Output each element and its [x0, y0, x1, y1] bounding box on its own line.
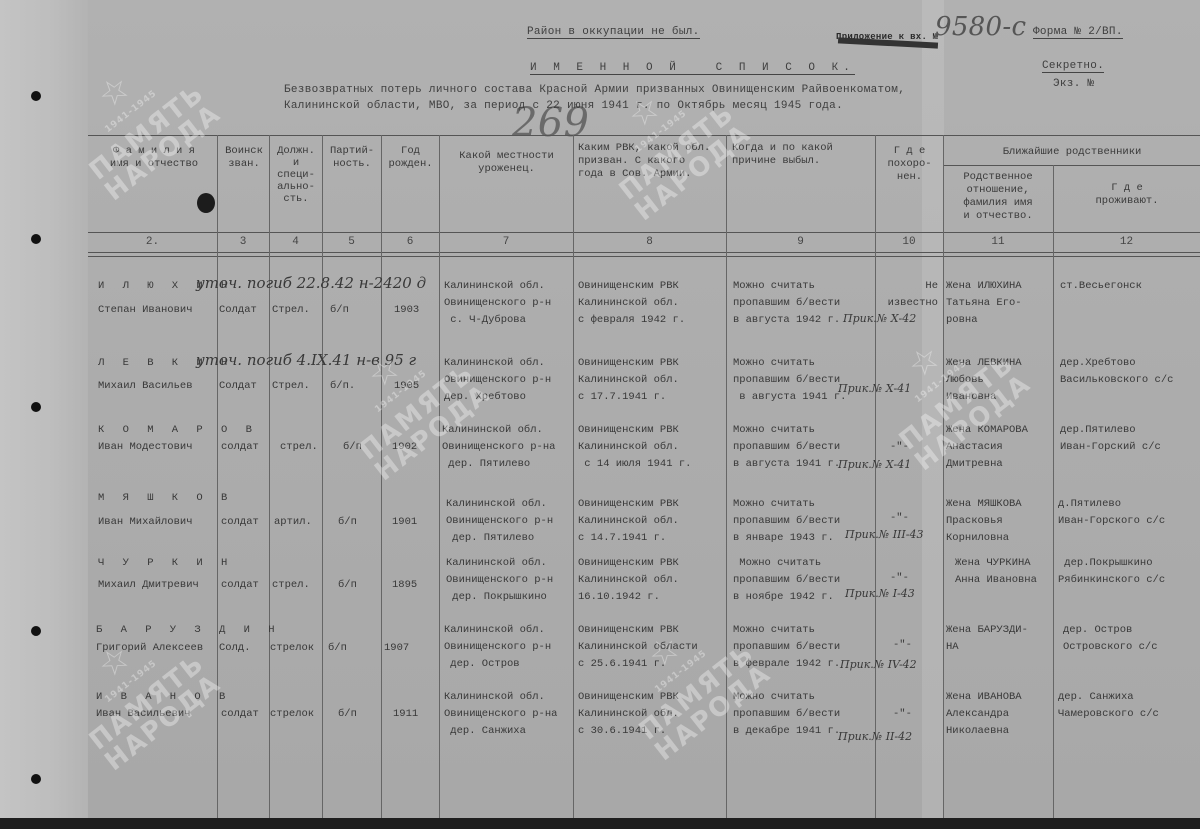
header-name: Ф а м и л и я имя и отчество	[92, 145, 216, 171]
position: артил.	[274, 514, 312, 531]
order-mark: Прик.№ III-43	[845, 526, 923, 543]
column-number: 2.	[88, 236, 217, 248]
column-number: 12	[1053, 236, 1200, 248]
position: Стрел.	[272, 378, 310, 395]
relative: Жена ИЛЮХИНА Татьяна Его- ровна	[946, 278, 1022, 329]
drafted-by: Овинищенским РВК Калининской обл. с 14.7…	[578, 496, 679, 547]
subtitle-line-1: Безвозвратных потерь личного состава Кра…	[284, 84, 905, 96]
header-birth-year: Год рожден.	[382, 145, 439, 171]
full-name: Иван Модестович	[98, 439, 193, 456]
birth-year: 1911	[393, 706, 418, 723]
party: б/п.	[330, 378, 355, 395]
birth-year: 1907	[384, 640, 409, 657]
relative: Жена МЯШКОВА Прасковья Корниловна	[946, 496, 1022, 547]
order-mark: Прик.№ Х-42	[843, 310, 916, 327]
handwritten-note: уточ. погиб 4.IX.41 н-в 95 г	[196, 352, 416, 369]
surname: М Я Ш К О В	[98, 490, 233, 507]
rank: Солдат	[219, 302, 257, 319]
birthplace: Калининской обл. Овинищенского р-на дер.…	[442, 422, 555, 473]
column-number: 4	[269, 236, 322, 248]
header-rank: Воинск зван.	[219, 145, 269, 171]
group-header-line	[943, 165, 1200, 166]
punch-hole	[31, 402, 41, 412]
position: стрел.	[280, 439, 318, 456]
binding-margin	[0, 0, 88, 829]
column-number: 5	[322, 236, 381, 248]
birth-year: 1902	[392, 439, 417, 456]
form-label: Форма № 2/ВП.	[1033, 26, 1123, 39]
birthplace: Калининской обл. Овинищенского р-н дер. …	[444, 622, 551, 673]
surname: Ч У Р К И Н	[98, 555, 233, 572]
relative: Жена ИВАНОВА Александра Николаевна	[946, 689, 1022, 740]
residence: д.Пятилево Иван-Горского с/с	[1058, 496, 1165, 530]
full-name: Степан Иванович	[98, 302, 193, 319]
burial-place: -"-	[893, 637, 912, 654]
occupation-note: Район в оккупации не был.	[527, 26, 700, 39]
punch-hole	[31, 774, 41, 784]
drafted-by: Овинищенским РВК Калининской обл. с 30.6…	[578, 689, 679, 740]
birthplace: Калининской обл. Овинищенского р-н дер. …	[444, 355, 551, 406]
copy-label: Экз. №	[1053, 78, 1094, 90]
order-mark: Прик.№ II-42	[838, 728, 912, 745]
residence: дер. Санжиха Чамеровского с/с	[1058, 689, 1159, 723]
appendix-number: 9580-с	[935, 12, 1026, 42]
birthplace: Калининской обл. Овинищенского р-на дер.…	[444, 689, 557, 740]
handwritten-note: уточ. погиб 22.8.42 н-2420 д	[196, 275, 426, 292]
order-mark: Прик.№ IV-42	[840, 656, 917, 673]
surname: К О М А Р О В	[98, 422, 258, 439]
ink-blot	[197, 193, 215, 213]
party: б/п	[338, 514, 357, 531]
residence: ст.Весьегонск	[1060, 278, 1142, 295]
scan-edge	[0, 818, 1200, 829]
table-top-border	[88, 135, 1200, 136]
rank: солдат	[221, 439, 259, 456]
column-number: 3	[217, 236, 269, 248]
party: б/п	[338, 577, 357, 594]
order-mark: Прик.№ Х-41	[838, 380, 911, 397]
party: б/п	[338, 706, 357, 723]
header-reason: Когда и по какой причине выбыл.	[728, 142, 879, 168]
burial-place: Не известно	[880, 278, 938, 312]
birthplace: Калининской обл. Овинищенского р-н с. Ч-…	[444, 278, 551, 329]
relative: Жена ЧУРКИНА Анна Ивановна	[955, 555, 1037, 589]
paper-fold	[922, 0, 944, 818]
full-name: Михаил Васильев	[98, 378, 193, 395]
column-number: 9	[726, 236, 875, 248]
drafted-by: Овинищенским РВК Калининской обл. с февр…	[578, 278, 685, 329]
surname: Б А Р У З Д И Н	[96, 622, 281, 639]
header-party: Партий- ность.	[323, 145, 381, 171]
rank: Солд.	[219, 640, 251, 657]
column-number: 8	[573, 236, 726, 248]
column-number: 6	[381, 236, 439, 248]
burial-place: -"-	[890, 510, 909, 527]
punch-hole	[31, 234, 41, 244]
header-relatives-group: Ближайшие родственники	[944, 146, 1200, 159]
surname: И В А Н О В	[96, 689, 231, 706]
loss-reason: Можно считать пропавшим б/вести в декабр…	[733, 689, 840, 740]
burial-place: -"-	[890, 570, 909, 587]
burial-place: -"-	[890, 439, 909, 456]
residence: дер.Покрышкино Рябинкинского с/с	[1058, 555, 1165, 589]
punch-hole	[31, 626, 41, 636]
party: б/п	[343, 439, 362, 456]
punch-hole	[31, 91, 41, 101]
birth-year: 1901	[392, 514, 417, 531]
document-title: И М Е Н Н О Й С П И С О К.	[530, 62, 855, 75]
full-name: Иван Михайлович	[98, 514, 193, 531]
loss-reason: Можно считать пропавшим б/вести в август…	[733, 422, 840, 473]
rank: солдат	[221, 577, 259, 594]
header-buried: Г д е похоро- нен.	[876, 145, 943, 184]
header-position: Должн. и специ- ально- сть.	[270, 145, 322, 205]
birthplace: Калининской обл. Овинищенского р-н дер. …	[446, 496, 553, 547]
birth-year: 1895	[392, 577, 417, 594]
header-bottom-border	[88, 232, 1200, 233]
loss-reason: Можно считать пропавшим б/вести в ноябре…	[733, 555, 840, 606]
residence: дер. Остров Островского с/с	[1063, 622, 1158, 656]
header-relative: Родственное отношение, фамилия имя и отч…	[944, 171, 1052, 223]
order-mark: Прик.№ Х-41	[838, 456, 911, 473]
full-name: Григорий Алексеев	[96, 640, 203, 657]
party: б/п	[328, 640, 347, 657]
full-name: Иван Васильевич	[96, 706, 191, 723]
drafted-by: Овинищенским РВК Калининской обл. с 14 и…	[578, 422, 691, 473]
residence: дер.Пятилево Иван-Горский с/с	[1060, 422, 1161, 456]
relative: Жена БАРУЗДИ- НА	[946, 622, 1028, 656]
column-divider	[1053, 165, 1054, 818]
drafted-by: Овинищенским РВК Калининской обл. 16.10.…	[578, 555, 679, 606]
birth-year: 1905	[394, 378, 419, 395]
position: стрелок	[270, 640, 314, 657]
loss-reason: Можно считать пропавшим б/вести в август…	[733, 278, 840, 329]
sheet-number-handwritten: 269	[512, 100, 589, 146]
drafted-by: Овинищенским РВК Калининской обл. с 17.7…	[578, 355, 679, 406]
birth-year: 1903	[394, 302, 419, 319]
party: б/п	[330, 302, 349, 319]
burial-place: -"-	[893, 706, 912, 723]
secret-label: Секретно.	[1042, 60, 1104, 73]
loss-reason: Можно считать пропавшим б/вести в январе…	[733, 496, 840, 547]
position: стрел.	[272, 577, 310, 594]
rank: Солдат	[219, 378, 257, 395]
order-mark: Прик.№ I-43	[845, 585, 915, 602]
header-birthplace: Какой местности уроженец.	[440, 150, 573, 176]
header-drafted: Каким РВК, какой обл. призван. С какого …	[574, 142, 730, 181]
position: Стрел.	[272, 302, 310, 319]
column-number: 11	[943, 236, 1053, 248]
full-name: Михаил Дмитревич	[98, 577, 199, 594]
header-residence: Г д е проживают.	[1054, 182, 1200, 208]
loss-reason: Можно считать пропавшим б/вести в феврал…	[733, 622, 840, 673]
rank: солдат	[221, 706, 259, 723]
relative: Жена КОМАРОВА Анастасия Дмитревна	[946, 422, 1028, 473]
column-number: 7	[439, 236, 573, 248]
rank: солдат	[221, 514, 259, 531]
column-number: 10	[875, 236, 943, 248]
column-number-border	[88, 252, 1200, 257]
relative: Жена ЛЕВКИНА Любовь Ивановна	[946, 355, 1022, 406]
birthplace: Калининской обл. Овинищенского р-н дер. …	[446, 555, 553, 606]
loss-reason: Можно считать пропавшим б/вести в август…	[733, 355, 846, 406]
drafted-by: Овинищенским РВК Калининской области с 2…	[578, 622, 698, 673]
position: стрелок	[270, 706, 314, 723]
residence: дер.Хребтово Васильковского с/с	[1060, 355, 1173, 389]
